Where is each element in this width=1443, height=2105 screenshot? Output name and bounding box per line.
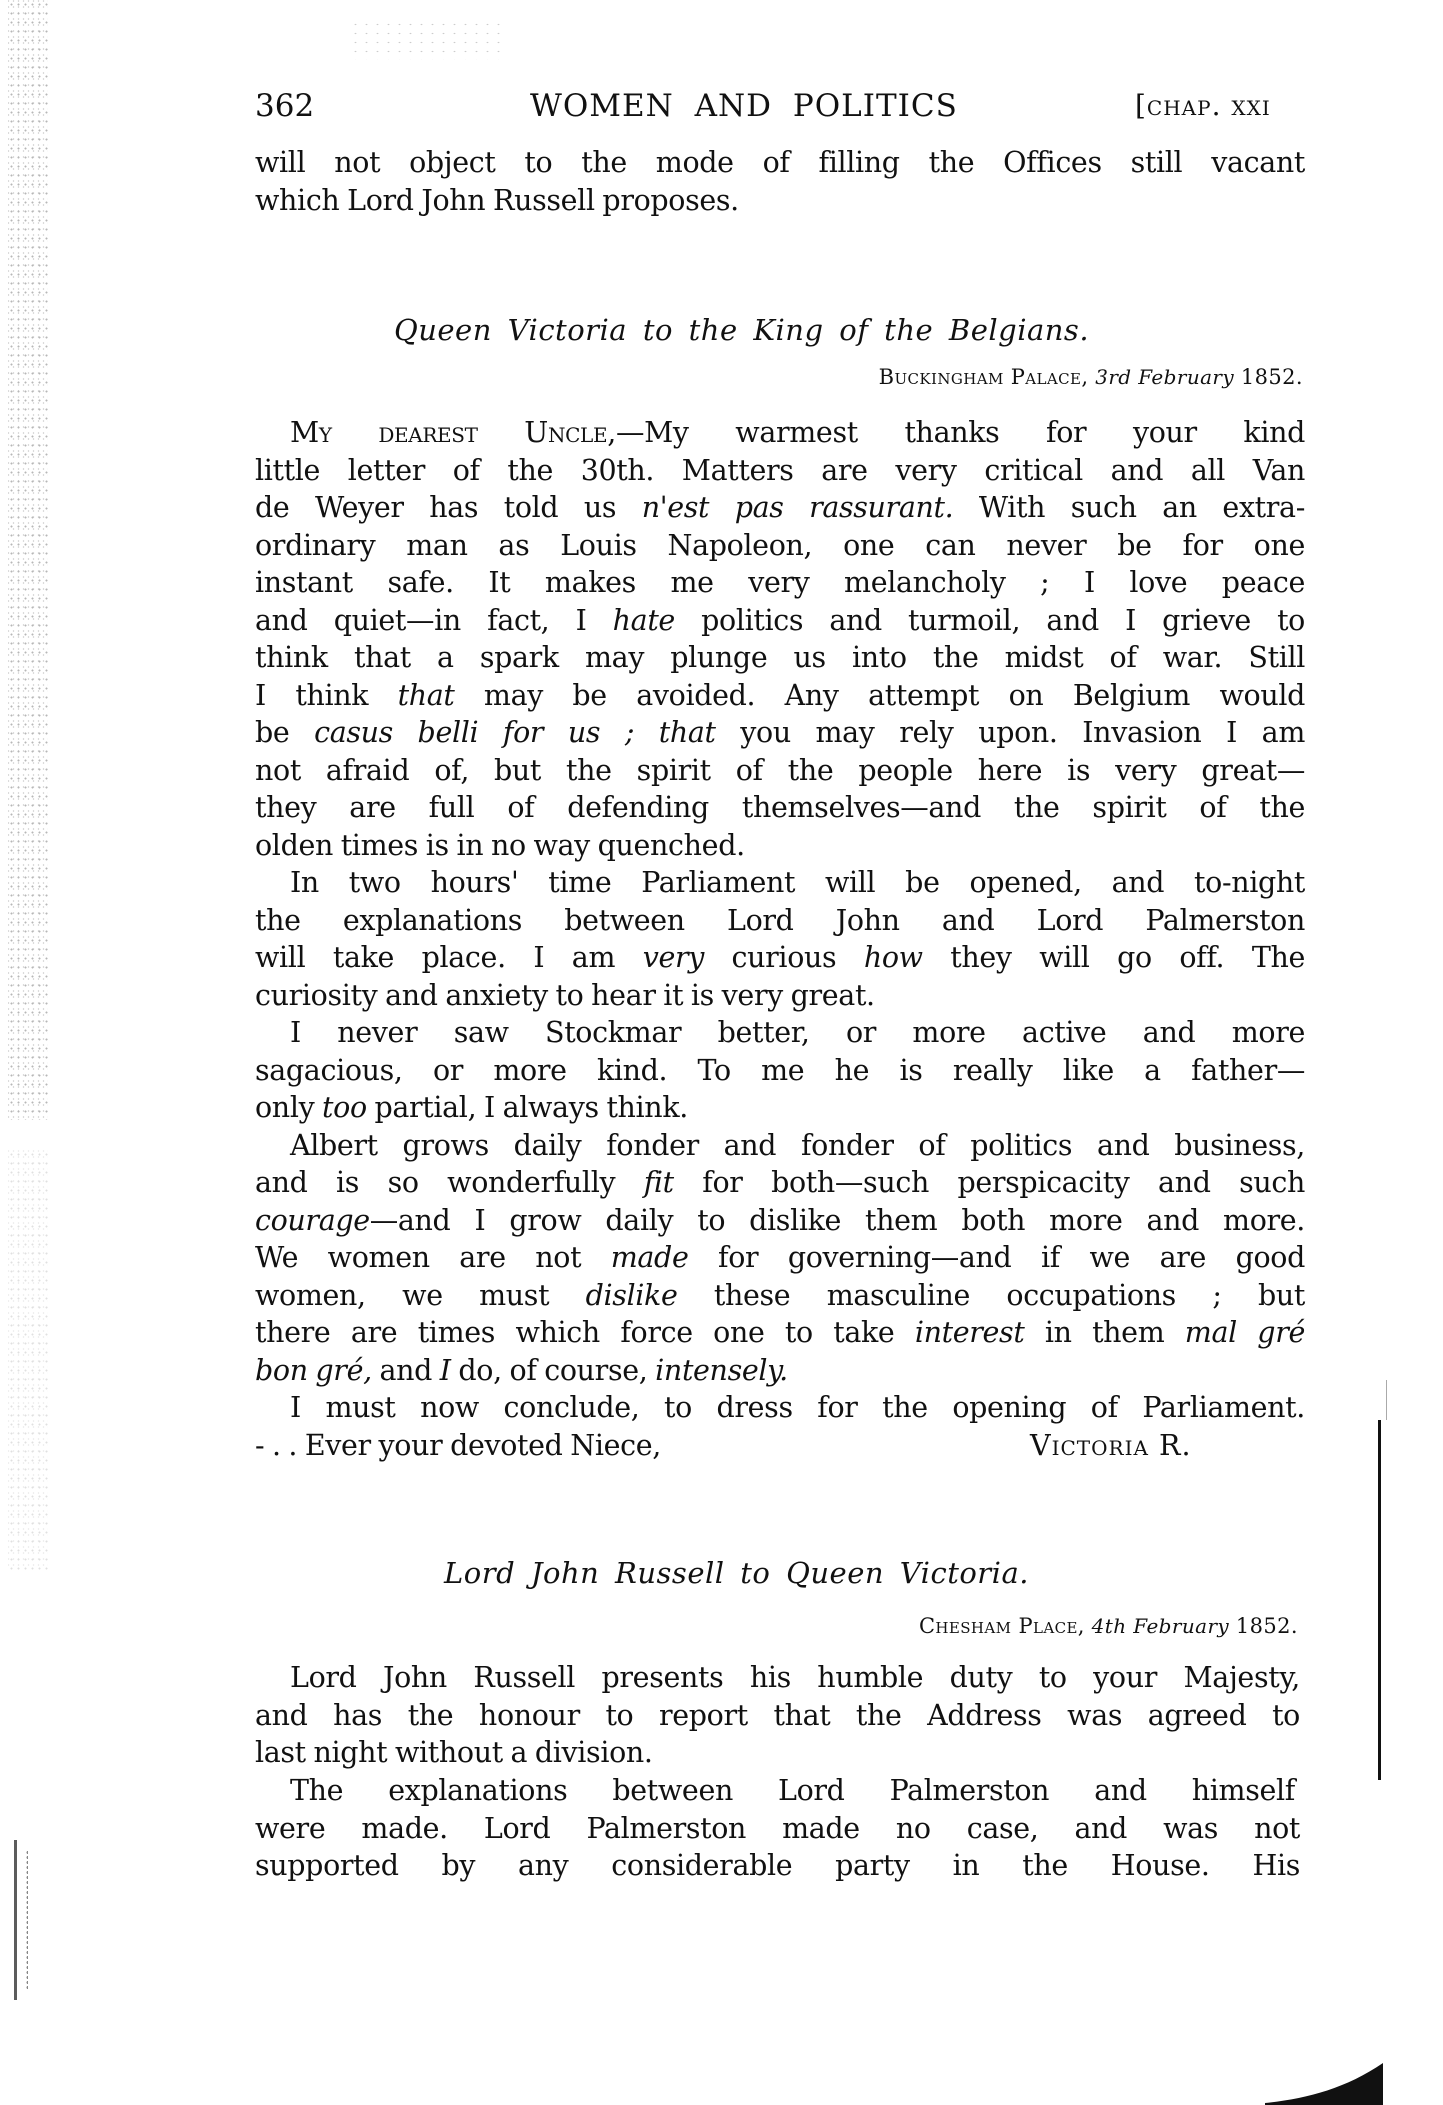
body-line: curiosity and anxiety to hear it is very… [255, 977, 875, 1015]
scan-speckle [350, 20, 500, 60]
body-line: not afraid of, but the spirit of the peo… [255, 752, 1305, 790]
body-line: be casus belli for us ; that you may rel… [255, 714, 1305, 752]
signature: Victoria R. [1030, 1427, 1192, 1465]
letter-heading: Queen Victoria to the King of the Belgia… [0, 310, 1443, 350]
dateline-date: 3rd February [1095, 365, 1234, 389]
body-line: In two hours' time Parliament will be op… [290, 864, 1305, 902]
binding-speckle [26, 1850, 28, 1990]
page-number: 362 [255, 86, 314, 126]
body-line: ordinary man as Louis Napoleon, one can … [255, 527, 1305, 565]
body-line: de Weyer has told us n'est pas rassurant… [255, 489, 1305, 527]
body-line: I must now conclude, to dress for the op… [290, 1389, 1305, 1427]
body-line: The explanations between Lord Palmerston… [290, 1772, 1295, 1810]
book-page: 362 WOMEN AND POLITICS [chap. xxi will n… [0, 0, 1443, 2105]
page-corner-shadow-icon [1265, 2055, 1385, 2105]
body-line: sagacious, or more kind. To me he is rea… [255, 1052, 1305, 1090]
body-line: there are times which force one to take … [255, 1314, 1305, 1352]
salutation: My dearest Uncle, [290, 416, 616, 449]
body-line: were made. Lord Palmerston made no case,… [255, 1810, 1300, 1848]
body-line: women, we must dislike these masculine o… [255, 1277, 1305, 1315]
dateline-year: 1852. [1241, 365, 1303, 389]
page-edge-line [1378, 1420, 1381, 1780]
body-line: I think that may be avoided. Any attempt… [255, 677, 1305, 715]
page-edge-shadow [1386, 1380, 1387, 1420]
body-line: only too partial, I always think. [255, 1089, 688, 1127]
body-line: I never saw Stockmar better, or more act… [290, 1014, 1305, 1052]
body-line: and is so wonderfully fit for both—such … [255, 1164, 1305, 1202]
letter-heading: Lord John Russell to Queen Victoria. [0, 1553, 1443, 1593]
body-line: bon gré, and I do, of course, intensely. [255, 1352, 788, 1390]
body-line: will take place. I am very curious how t… [255, 939, 1305, 977]
scan-gutter-speckle [8, 0, 48, 1120]
body-line: Albert grows daily fonder and fonder of … [290, 1127, 1305, 1165]
body-line: and quiet—in fact, I hate politics and t… [255, 602, 1305, 640]
closing-line: - . . Ever your devoted Niece, [255, 1427, 661, 1465]
dateline-year: 1852. [1236, 1614, 1298, 1638]
body-line: courage—and I grow daily to dislike them… [255, 1202, 1305, 1240]
body-line: the explanations between Lord John and L… [255, 902, 1305, 940]
body-line: My dearest Uncle,—My warmest thanks for … [290, 414, 1305, 452]
dateline-place: Buckingham Palace, [879, 365, 1089, 389]
body-line: which Lord John Russell proposes. [255, 182, 739, 220]
body-line: supported by any considerable party in t… [255, 1847, 1300, 1885]
body-line: think that a spark may plunge us into th… [255, 639, 1305, 677]
dateline-place: Chesham Place, [919, 1614, 1085, 1638]
running-title: WOMEN AND POLITICS [530, 86, 958, 126]
body-line: instant safe. It makes me very melanchol… [255, 564, 1305, 602]
chapter-label: [chap. xxi [1135, 86, 1271, 126]
scan-gutter-speckle [8, 1150, 48, 1570]
dateline-date: 4th February [1092, 1614, 1229, 1638]
dateline: Buckingham Palace, 3rd February 1852. [879, 362, 1303, 392]
body-line: last night without a division. [255, 1734, 653, 1772]
body-line: will not object to the mode of filling t… [255, 144, 1305, 182]
body-line: olden times is in no way quenched. [255, 827, 745, 865]
body-line: and has the honour to report that the Ad… [255, 1697, 1300, 1735]
body-line: little letter of the 30th. Matters are v… [255, 452, 1305, 490]
body-line: We women are not made for governing—and … [255, 1239, 1305, 1277]
body-line: they are full of defending themselves—an… [255, 789, 1305, 827]
dateline: Chesham Place, 4th February 1852. [919, 1611, 1298, 1641]
binding-shadow-mark [14, 1840, 17, 2000]
body-line: Lord John Russell presents his humble du… [290, 1659, 1300, 1697]
